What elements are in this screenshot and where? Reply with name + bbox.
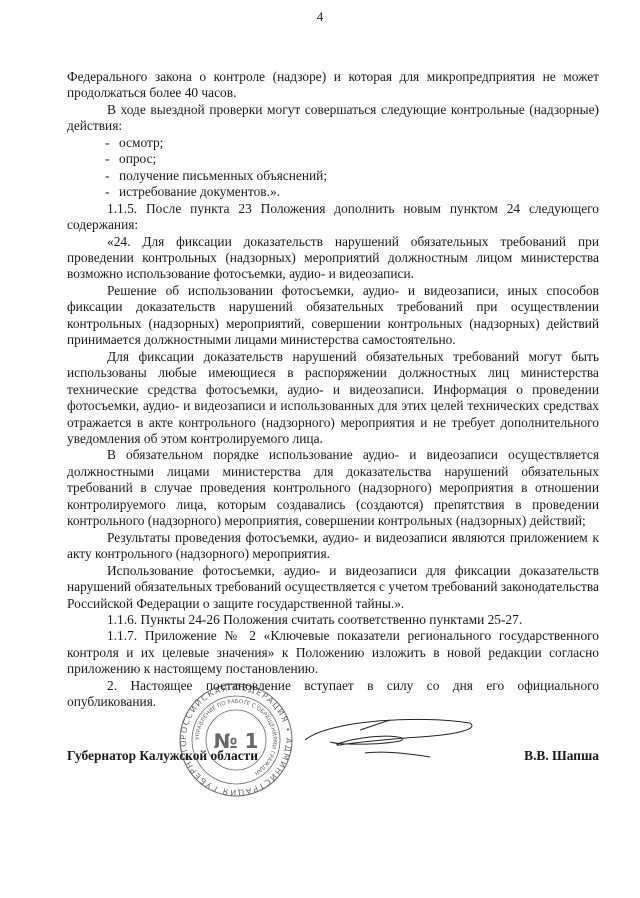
paragraph: «24. Для фиксации доказательств нарушени… — [67, 234, 599, 283]
paragraph: Решение об использовании фотосъемки, ауд… — [67, 283, 599, 349]
list-item: -истребование документов.». — [67, 184, 599, 200]
paragraph: Результаты проведения фотосъемки, аудио-… — [67, 530, 599, 563]
list-item: -осмотр; — [67, 135, 599, 151]
official-stamp-icon: РОССИЙСКАЯ ФЕДЕРАЦИЯ • АДМИНИСТРАЦИЯ ГУБ… — [178, 682, 294, 798]
paragraph: Для фиксации доказательств нарушений обя… — [67, 349, 599, 448]
actions-list: -осмотр; -опрос; -получение письменных о… — [67, 135, 599, 201]
list-item: -получение письменных объяснений; — [67, 168, 599, 184]
page-number: 4 — [0, 9, 640, 25]
list-item: -опрос; — [67, 151, 599, 167]
signatory-title: Губернатор Калужской области — [67, 748, 258, 764]
paragraph: Федерального закона о контроле (надзоре)… — [67, 69, 599, 102]
paragraph: Использование фотосъемки, аудио- и видео… — [67, 563, 599, 612]
paragraph: 1.1.5. После пункта 23 Положения дополни… — [67, 201, 599, 234]
paragraph: В обязательном порядке использование ауд… — [67, 447, 599, 529]
paragraph: 1.1.7. Приложение № 2 «Ключевые показате… — [67, 628, 599, 677]
paragraph: 1.1.6. Пункты 24-26 Положения считать со… — [67, 612, 599, 628]
document-body: Федерального закона о контроле (надзоре)… — [67, 69, 599, 711]
handwritten-signature-icon — [300, 705, 480, 765]
signatory-name: В.В. Шапша — [524, 748, 599, 764]
paragraph: В ходе выездной проверки могут совершать… — [67, 102, 599, 135]
